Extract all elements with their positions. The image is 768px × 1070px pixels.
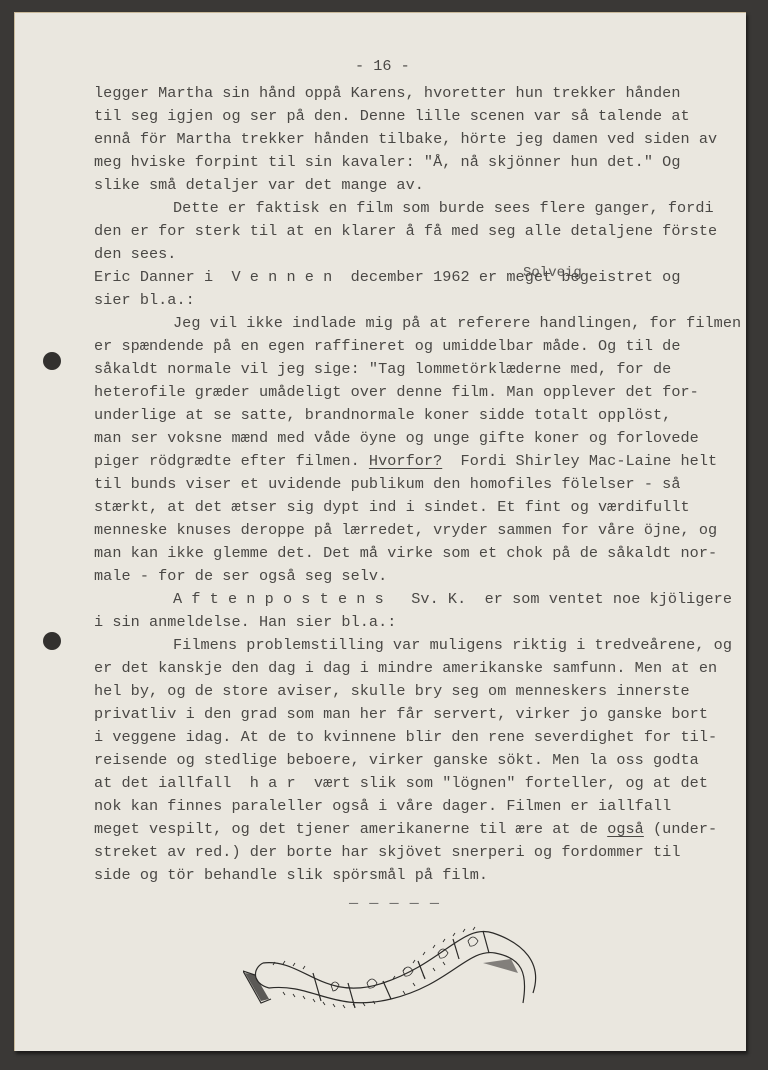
- text-line: legger Martha sin hånd oppå Karens, hvor…: [94, 83, 681, 103]
- text-line: male - for de ser også seg selv.: [94, 566, 387, 586]
- text-line: privatliv i den grad som man her får ser…: [94, 704, 708, 724]
- binder-hole: [43, 632, 61, 650]
- text-line: heterofile græder umådeligt over denne f…: [94, 382, 699, 402]
- text-line: meget vespilt, og det tjener amerikanern…: [94, 819, 717, 839]
- text-line: er spændende på en egen raffineret og um…: [94, 336, 681, 356]
- page-number: - 16 -: [355, 57, 410, 75]
- text-line: slike små detaljer var det mange av.: [94, 175, 424, 195]
- text-line: man ser voksne mænd med våde öyne og ung…: [94, 428, 699, 448]
- text-line: den sees.: [94, 244, 176, 264]
- text-line: er det kanskje den dag i dag i mindre am…: [94, 658, 717, 678]
- text-line: til seg igjen og ser på den. Denne lille…: [94, 106, 690, 126]
- text-line: stærkt, at det ætser sig dypt ind i sind…: [94, 497, 690, 517]
- document-page: - 16 - Solveig legger Martha sin hånd op…: [14, 12, 746, 1051]
- text-line: reisende og stedlige beboere, virker gan…: [94, 750, 699, 770]
- text-line: streket av red.) der borte har skjövet s…: [94, 842, 681, 862]
- film-strip-icon: [243, 913, 563, 1018]
- text-line: meg hviske forpint til sin kavaler: "Å, …: [94, 152, 681, 172]
- text-line: underlige at se satte, brandnormale kone…: [94, 405, 671, 425]
- text-line: A f t e n p o s t e n s Sv. K. er som ve…: [173, 589, 732, 609]
- text-line: i sin anmeldelse. Han sier bl.a.:: [94, 612, 396, 632]
- text-line: nok kan finnes paraleller også i våre da…: [94, 796, 671, 816]
- underlined-text: Hvorfor?: [369, 452, 442, 470]
- text-line: såkaldt normale vil jeg sige: "Tag lomme…: [94, 359, 671, 379]
- text-line: sier bl.a.:: [94, 290, 195, 310]
- text-line: Dette er faktisk en film som burde sees …: [173, 198, 714, 218]
- text-line: den er for sterk til at en klarer å få m…: [94, 221, 717, 241]
- text-line: i veggene idag. At de to kvinnene blir d…: [94, 727, 717, 747]
- underlined-text: også: [607, 820, 644, 838]
- text-line: Eric Danner i V e n n e n december 1962 …: [94, 267, 681, 287]
- text-line: man kan ikke glemme det. Det må virke so…: [94, 543, 717, 563]
- text-line: side og tör behandle slik spörsmål på fi…: [94, 865, 488, 885]
- text-line: Filmens problemstilling var muligens rik…: [173, 635, 732, 655]
- text-line: ennå för Martha trekker hånden tilbake, …: [94, 129, 717, 149]
- text-line: menneske knuses deroppe på lærredet, vry…: [94, 520, 717, 540]
- text-line: Jeg vil ikke indlade mig på at referere …: [173, 313, 741, 333]
- binder-hole: [43, 352, 61, 370]
- text-line: til bunds viser et uvidende publikum den…: [94, 474, 681, 494]
- text-line: piger rödgrædte efter filmen. Hvorfor? F…: [94, 451, 717, 471]
- text-line: at det iallfall h a r vært slik som "lög…: [94, 773, 708, 793]
- text-line: hel by, og de store aviser, skulle bry s…: [94, 681, 690, 701]
- section-separator: _ _ _ _ _: [349, 889, 440, 907]
